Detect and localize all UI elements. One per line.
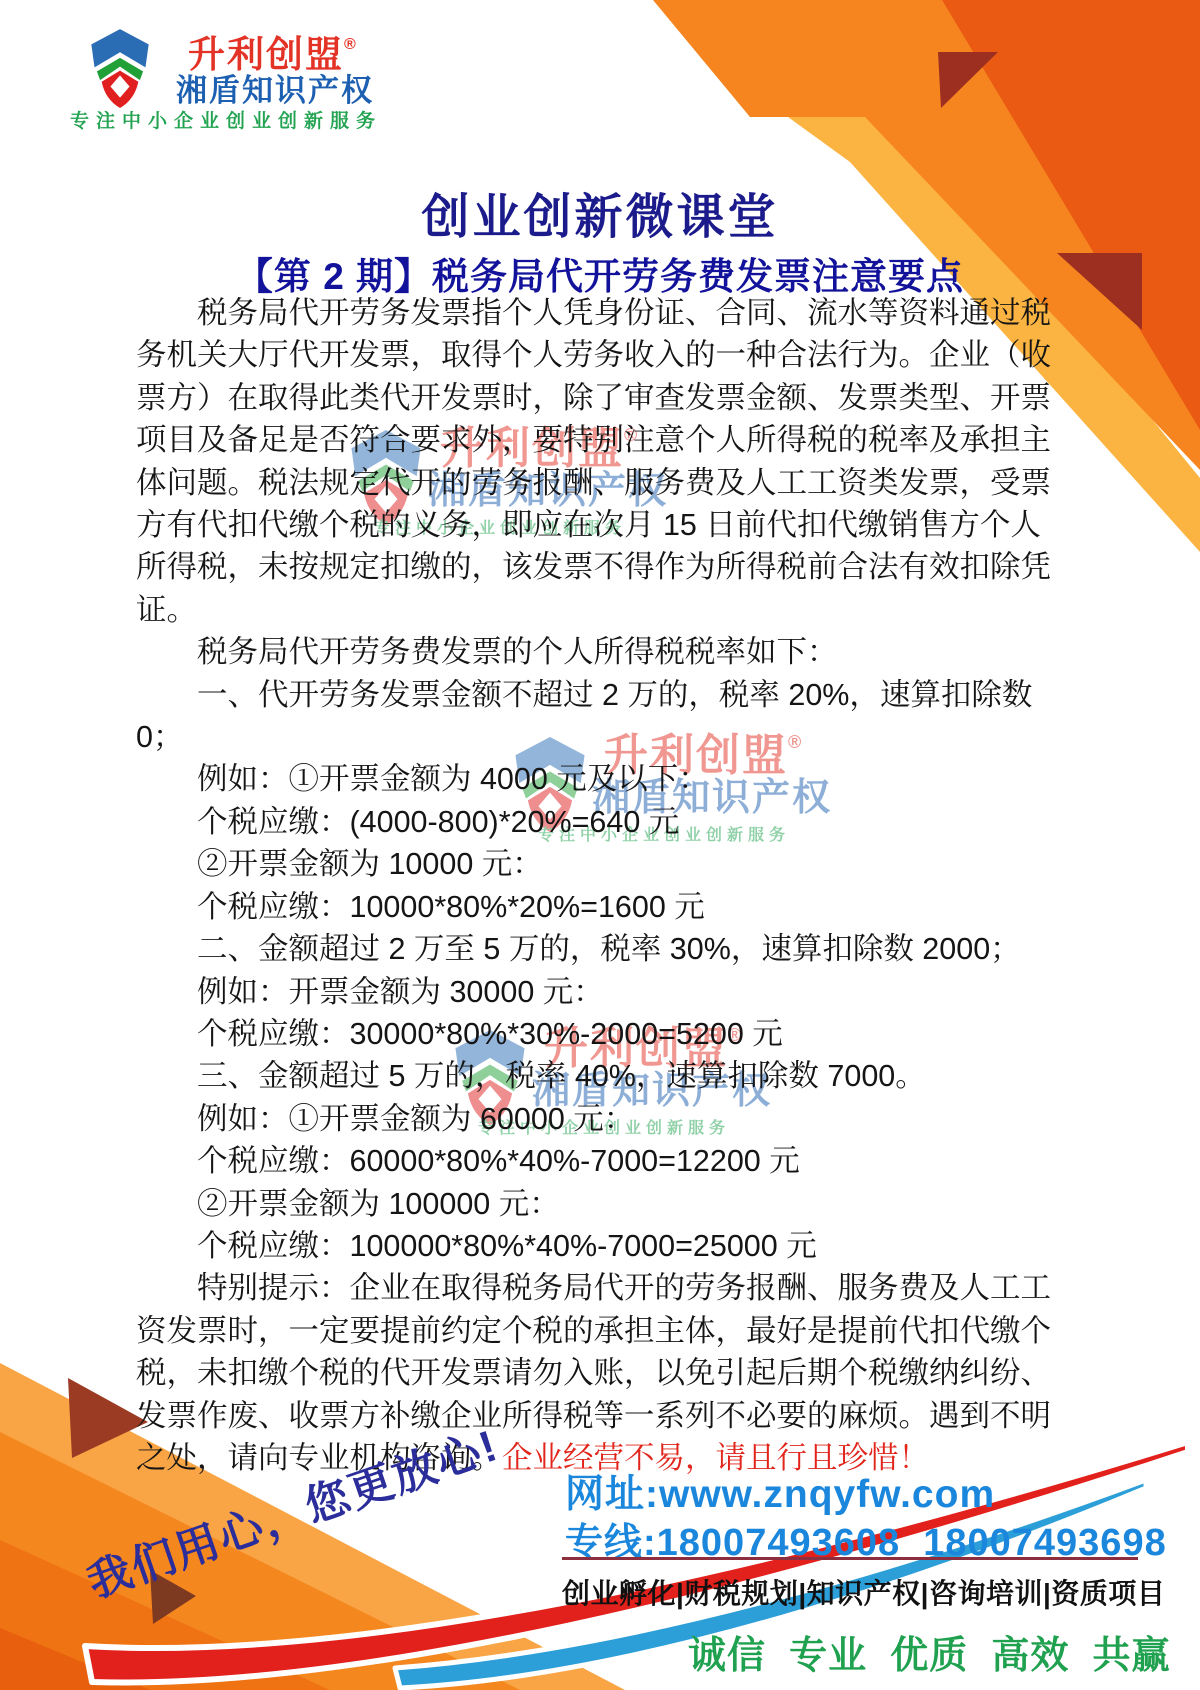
services-line: 创业孵化|财税规划|知识产权|咨询培训|资质项目 bbox=[562, 1572, 1142, 1612]
body-paragraph: 例如：①开票金额为 60000 元： bbox=[136, 1098, 1068, 1140]
registered-mark: ® bbox=[344, 36, 356, 53]
article-body: 税务局代开劳务发票指个人凭身份证、合同、流水等资料通过税务机关大厅代开发票，取得… bbox=[136, 292, 1068, 1479]
body-paragraph: 一、代开劳务发票金额不超过 2 万的，税率 20%，速算扣除数 0； bbox=[136, 674, 1068, 759]
final-paragraph: 特别提示：企业在取得税务局代开的劳务报酬、服务费及人工工资发票时，一定要提前约定… bbox=[136, 1267, 1068, 1479]
footer-divider bbox=[562, 1557, 1138, 1560]
body-paragraph: 税务局代开劳务费发票的个人所得税税率如下： bbox=[136, 631, 1068, 673]
body-paragraph: 例如：开票金额为 30000 元： bbox=[136, 971, 1068, 1013]
logo-brand-text: 升利创盟® bbox=[188, 36, 356, 73]
body-paragraph: 税务局代开劳务发票指个人凭身份证、合同、流水等资料通过税务机关大厅代开发票，取得… bbox=[136, 292, 1068, 631]
page-title: 创业创新微课堂 bbox=[0, 178, 1200, 247]
blue-swoosh bbox=[395, 1480, 1146, 1688]
flyer-page: 升利创盟® 湘盾知识产权 专注中小企业创业创新服务 创业创新微课堂 【第 2 期… bbox=[0, 0, 1200, 1690]
logo-sub-text: 湘盾知识产权 bbox=[176, 75, 374, 106]
corner-maroon-triangle-1 bbox=[938, 52, 998, 108]
body-paragraph: 二、金额超过 2 万至 5 万的，税率 30%，速算扣除数 2000； bbox=[136, 928, 1068, 970]
company-logo: 升利创盟® 湘盾知识产权 专注中小企业创业创新服务 bbox=[0, 0, 420, 150]
hotline-line: 专线:18007493608 18007493698 bbox=[565, 1511, 1167, 1566]
body-paragraphs: 税务局代开劳务发票指个人凭身份证、合同、流水等资料通过税务机关大厅代开发票，取得… bbox=[136, 292, 1068, 1267]
shield-logo-icon bbox=[80, 26, 160, 112]
body-paragraph: 个税应缴：10000*80%*20%=1600 元 bbox=[136, 886, 1068, 928]
body-paragraph: 个税应缴：(4000-800)*20%=640 元 bbox=[136, 801, 1068, 843]
body-paragraph: 例如：①开票金额为 4000 元及以下： bbox=[136, 758, 1068, 800]
bottom-orange-band-4 bbox=[0, 1628, 150, 1690]
body-paragraph: 个税应缴：30000*80%*30%-2000=5200 元 bbox=[136, 1013, 1068, 1055]
final-red-text: 企业经营不易，请且行且珍惜！ bbox=[502, 1441, 929, 1475]
body-paragraph: ②开票金额为 10000 元： bbox=[136, 843, 1068, 885]
logo-tagline: 专注中小企业创业创新服务 bbox=[70, 112, 382, 131]
page-subtitle: 【第 2 期】税务局代开劳务费发票注意要点 bbox=[0, 246, 1200, 300]
body-paragraph: 个税应缴：60000*80%*40%-7000=12200 元 bbox=[136, 1140, 1068, 1182]
body-paragraph: 三、金额超过 5 万的，税率 40%，速算扣除数 7000。 bbox=[136, 1055, 1068, 1097]
body-paragraph: ②开票金额为 100000 元： bbox=[136, 1183, 1068, 1225]
values-slogan: 诚信 专业 优质 高效 共赢 bbox=[688, 1624, 1170, 1679]
body-paragraph: 个税应缴：100000*80%*40%-7000=25000 元 bbox=[136, 1225, 1068, 1267]
